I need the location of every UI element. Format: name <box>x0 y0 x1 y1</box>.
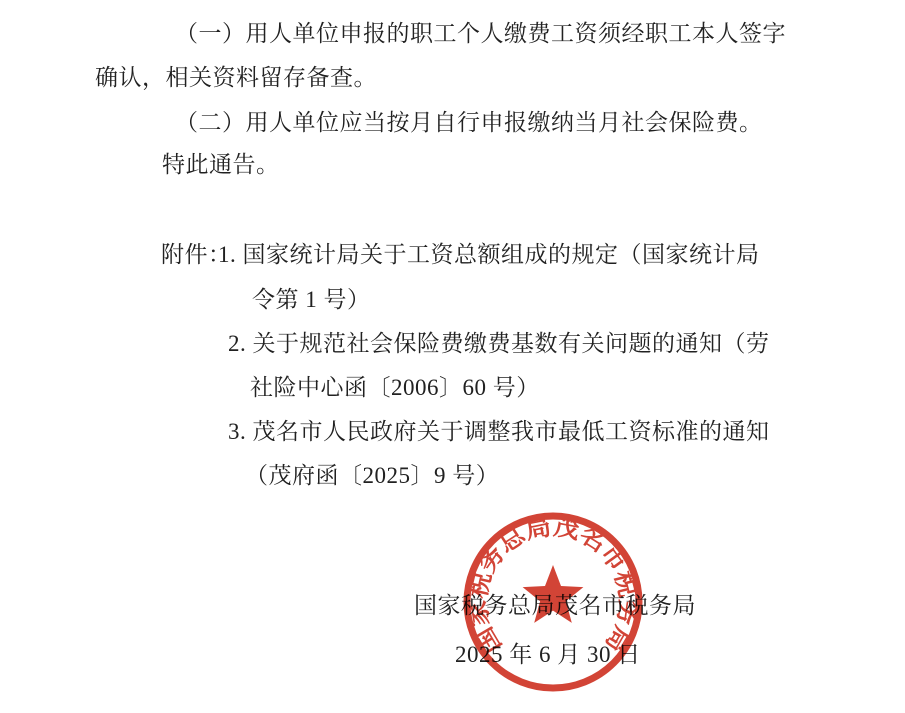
body-item1-line1: （一）用人单位申报的职工个人缴费工资须经职工本人签字 <box>175 20 786 48</box>
attachment-item-3-line-1: 3. 茂名市人民政府关于调整我市最低工资标准的通知 <box>228 418 770 446</box>
attachment-item-3-line-2: （茂府函〔2025〕9 号） <box>245 462 499 490</box>
attachment-item-1-line-1: 1. 国家统计局关于工资总额组成的规定（国家统计局 <box>218 241 760 269</box>
document-page: （一）用人单位申报的职工个人缴费工资须经职工本人签字 确认，相关资料留存备查。 … <box>0 0 905 713</box>
body-item2: （二）用人单位应当按月自行申报缴纳当月社会保险费。 <box>175 109 763 137</box>
red-star-icon <box>523 565 584 623</box>
attachment-item-2-line-1: 2. 关于规范社会保险费缴费基数有关问题的通知（劳 <box>228 330 770 358</box>
attachment-item-1-line-2: 令第 1 号） <box>252 286 371 314</box>
body-closing: 特此通告。 <box>162 151 280 179</box>
official-seal: 国家税务总局茂名市税务局 <box>457 506 649 698</box>
body-item1-line2: 确认，相关资料留存备查。 <box>95 64 377 92</box>
attachment-item-2-line-2: 社险中心函〔2006〕60 号） <box>250 374 540 402</box>
